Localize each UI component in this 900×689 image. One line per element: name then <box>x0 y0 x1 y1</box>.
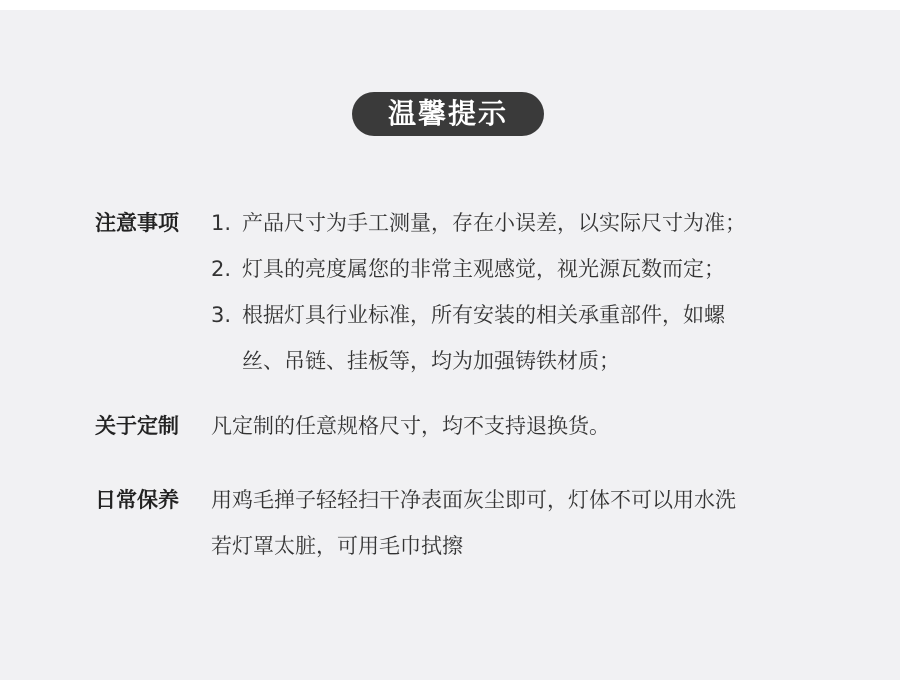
section-text: 若灯罩太脏，可用毛巾拭擦 <box>211 531 831 561</box>
list-number: 1. <box>211 208 242 238</box>
list-number: 3. <box>211 300 242 330</box>
section-text: 凡定制的任意规格尺寸，均不支持退换货。 <box>211 411 831 441</box>
list-item: 3.根据灯具行业标准，所有安装的相关承重部件，如螺 <box>211 300 831 330</box>
notice-title: 温馨提示 <box>388 100 508 128</box>
section-label: 注意事项 <box>95 208 179 238</box>
list-text: 根据灯具行业标准，所有安装的相关承重部件，如螺 <box>242 303 725 327</box>
section-text: 用鸡毛掸子轻轻扫干净表面灰尘即可，灯体不可以用水洗 <box>211 485 831 515</box>
notice-title-badge: 温馨提示 <box>352 92 544 136</box>
list-number: 2. <box>211 254 242 284</box>
list-item: 2.灯具的亮度属您的非常主观感觉，视光源瓦数而定； <box>211 254 831 284</box>
section-label: 关于定制 <box>95 411 179 441</box>
section-body: 用鸡毛掸子轻轻扫干净表面灰尘即可，灯体不可以用水洗 若灯罩太脏，可用毛巾拭擦 <box>211 485 831 577</box>
section-label: 日常保养 <box>95 485 179 515</box>
section-body: 凡定制的任意规格尺寸，均不支持退换货。 <box>211 411 831 457</box>
list-item: 1.产品尺寸为手工测量，存在小误差，以实际尺寸为准； <box>211 208 831 238</box>
list-text: 产品尺寸为手工测量，存在小误差，以实际尺寸为准； <box>242 211 746 235</box>
list-text: 丝、吊链、挂板等，均为加强铸铁材质； <box>242 349 620 373</box>
section-body: 1.产品尺寸为手工测量，存在小误差，以实际尺寸为准； 2.灯具的亮度属您的非常主… <box>211 208 831 392</box>
list-item-continuation: 丝、吊链、挂板等，均为加强铸铁材质； <box>211 346 831 376</box>
list-text: 灯具的亮度属您的非常主观感觉，视光源瓦数而定； <box>242 257 725 281</box>
